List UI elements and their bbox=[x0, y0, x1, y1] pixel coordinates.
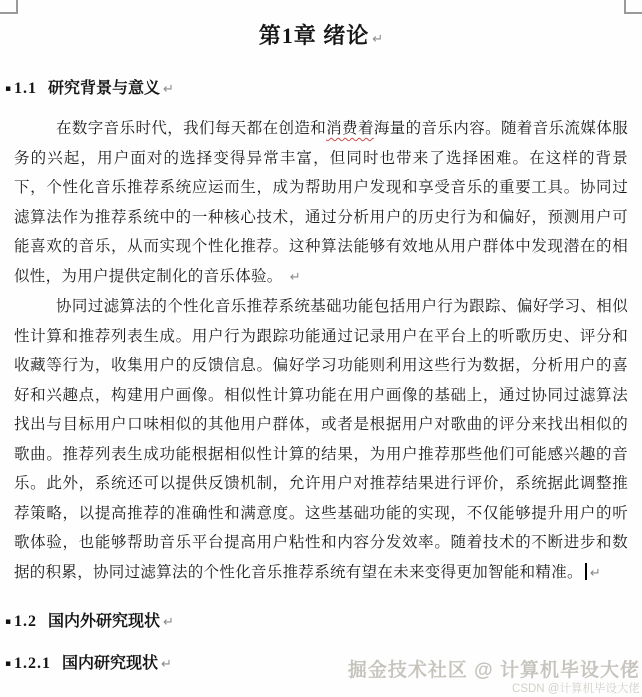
paragraph-mark-icon: ↵ bbox=[590, 566, 601, 581]
section-number-1-2: 1.2 bbox=[14, 613, 37, 630]
section-heading-1-2[interactable]: ▪1.2国内外研究现状↵ bbox=[14, 611, 628, 634]
paragraph-mark-icon: ↵ bbox=[290, 270, 301, 285]
text-boundary-corner-mark-top-left bbox=[0, 0, 18, 14]
section-number-1-2-1: 1.2.1 bbox=[14, 655, 51, 672]
heading-bullet-icon: ▪ bbox=[5, 610, 11, 632]
section-number-1-1: 1.1 bbox=[14, 80, 37, 97]
paragraph-text-segment: 在数字音乐时代，我们每天都在创造和 bbox=[56, 120, 326, 137]
chapter-title[interactable]: 第1章 绪论↵ bbox=[14, 20, 628, 56]
spellcheck-flagged-text: 消费着 bbox=[326, 120, 374, 137]
text-cursor bbox=[585, 563, 587, 580]
watermark-line2: CSDN @计算机毕设大佬 bbox=[348, 683, 640, 696]
document-page: 第1章 绪论↵ ▪1.1研究背景与意义↵ 在数字音乐时代，我们每天都在创造和消费… bbox=[0, 0, 642, 697]
section-title-1-2-1: 国内研究现状 bbox=[62, 655, 158, 672]
site-watermark: 掘金技术社区 @ 计算机毕设大佬 CSDN @计算机毕设大佬 bbox=[348, 661, 640, 696]
paragraph-system-functions[interactable]: 协同过滤算法的个性化音乐推荐系统基础功能包括用户行为跟踪、偏好学习、相似性计算和… bbox=[14, 292, 628, 588]
text-boundary-corner-mark-top-right bbox=[624, 0, 642, 14]
paragraph-text-segment: 海量的音乐内容。随着音乐流媒体服务的兴起，用户面对的选择变得异常丰富，但同时也带… bbox=[14, 120, 628, 285]
chapter-title-text: 第1章 绪论 bbox=[259, 23, 370, 48]
paragraph-mark-icon: ↵ bbox=[161, 657, 172, 672]
paragraph-mark-icon: ↵ bbox=[372, 32, 383, 47]
paragraph-mark-icon: ↵ bbox=[163, 82, 174, 97]
section-title-1-2: 国内外研究现状 bbox=[48, 613, 160, 630]
paragraph-text-segment: 协同过滤算法的个性化音乐推荐系统基础功能包括用户行为跟踪、偏好学习、相似性计算和… bbox=[14, 298, 628, 581]
section-title-1-1: 研究背景与意义 bbox=[48, 80, 160, 97]
section-heading-1-1[interactable]: ▪1.1研究背景与意义↵ bbox=[14, 78, 628, 101]
heading-bullet-icon: ▪ bbox=[5, 653, 11, 675]
heading-bullet-icon: ▪ bbox=[5, 77, 11, 99]
paragraph-mark-icon: ↵ bbox=[163, 615, 174, 630]
watermark-line1: 掘金技术社区 @ 计算机毕设大佬 bbox=[348, 661, 640, 682]
paragraph-research-background[interactable]: 在数字音乐时代，我们每天都在创造和消费着海量的音乐内容。随着音乐流媒体服务的兴起… bbox=[14, 114, 628, 292]
